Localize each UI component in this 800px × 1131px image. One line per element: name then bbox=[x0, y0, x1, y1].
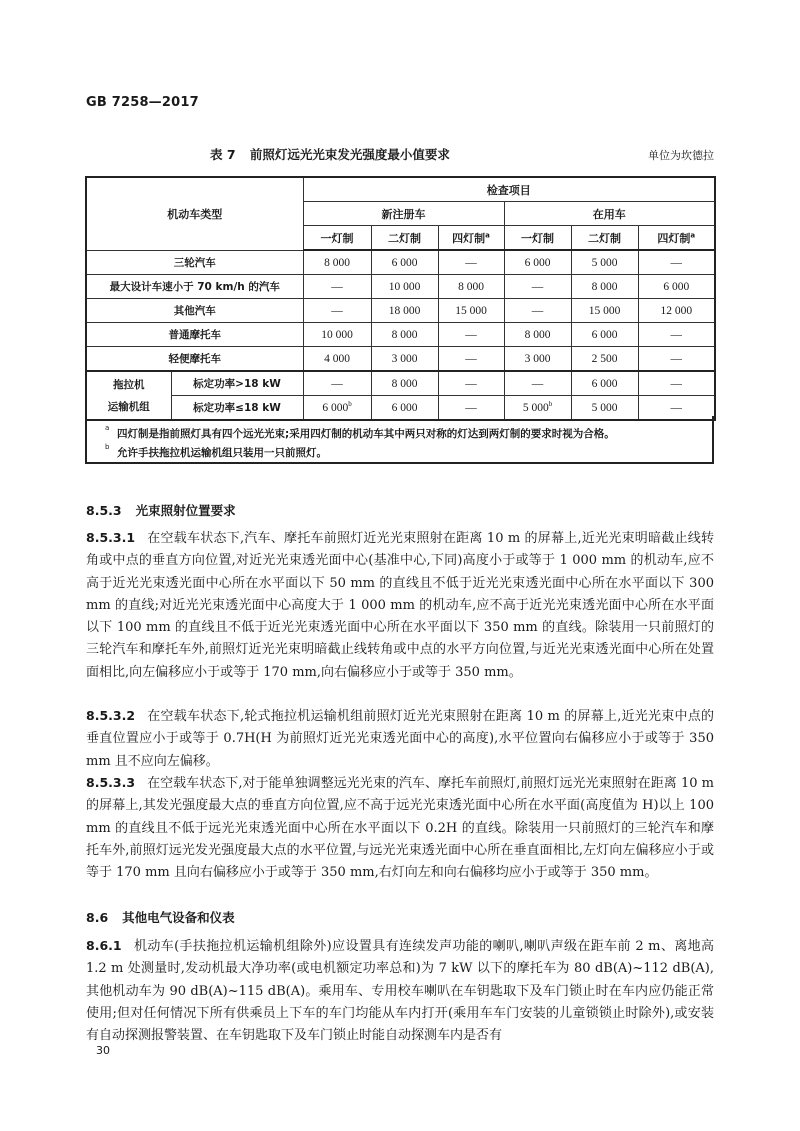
light-intensity-table: 机动车类型 检查项目 新注册车 在用车 一灯制 二灯制 四灯制a 一灯制 二灯制… bbox=[85, 176, 716, 421]
table-number: 表 7 bbox=[210, 147, 236, 162]
table-row: 普通摩托车 10 000 8 000 — 8 000 6 000 — bbox=[86, 323, 715, 347]
table-row: 拖拉机 运输机组 标定功率>18 kW — 8 000 — — 6 000 — bbox=[86, 371, 715, 396]
clause-8-5-3-1: 8.5.3.1在空载车状态下,汽车、摩托车前照灯近光光束照射在距离 10 m 的… bbox=[86, 527, 714, 684]
header-new-registration: 新注册车 bbox=[303, 202, 504, 226]
table-row: 三轮汽车 8 000 6 000 — 6 000 5 000 — bbox=[86, 250, 715, 275]
table-row: 最大设计车速小于 70 km/h 的汽车 — 10 000 8 000 — 8 … bbox=[86, 275, 715, 299]
clause-8-6-1: 8.6.1机动车(手扶拖拉机运输机组除外)应设置具有连续发声功能的喇叭,喇叭声级… bbox=[86, 935, 714, 1047]
table-footnotes: a 四灯制是指前照灯具有四个远光光束;采用四灯制的机动车其中两只对称的灯达到两灯… bbox=[85, 416, 714, 464]
table-title: 表 7 前照灯远光光束发光强度最小值要求 bbox=[210, 145, 590, 163]
section-heading-8-5-3: 8.5.3光束照射位置要求 bbox=[86, 501, 236, 519]
table-unit: 单位为坎德拉 bbox=[648, 147, 714, 163]
footnote-b: b 允许手扶拖拉机运输机组只装用一只前照灯。 bbox=[117, 445, 327, 460]
footnote-a: a 四灯制是指前照灯具有四个远光光束;采用四灯制的机动车其中两只对称的灯达到两灯… bbox=[117, 426, 615, 441]
header-two-lamp: 二灯制 bbox=[571, 226, 638, 251]
header-two-lamp: 二灯制 bbox=[371, 226, 438, 251]
section-heading-8-6: 8.6其他电气设备和仪表 bbox=[86, 908, 235, 926]
header-one-lamp: 一灯制 bbox=[504, 226, 571, 251]
header-four-lamp: 四灯制a bbox=[438, 226, 504, 251]
header-in-use: 在用车 bbox=[504, 202, 715, 226]
table-title-text: 前照灯远光光束发光强度最小值要求 bbox=[250, 147, 450, 162]
tractor-group-label: 拖拉机 运输机组 bbox=[86, 371, 171, 420]
header-inspection: 检查项目 bbox=[303, 177, 715, 202]
header-vehicle-type: 机动车类型 bbox=[86, 177, 303, 250]
clause-8-5-3-2: 8.5.3.2在空载车状态下,轮式拖拉机运输机组前照灯近光光束照射在距离 10 … bbox=[86, 705, 714, 773]
document-id: GB 7258—2017 bbox=[86, 95, 199, 110]
header-four-lamp: 四灯制a bbox=[638, 226, 715, 251]
page-number: 30 bbox=[96, 1044, 110, 1057]
clause-8-5-3-3: 8.5.3.3在空载车状态下,对于能单独调整远光光束的汽车、摩托车前照灯,前照灯… bbox=[86, 772, 714, 884]
table-row: 其他汽车 — 18 000 15 000 — 15 000 12 000 bbox=[86, 299, 715, 323]
table-row: 轻便摩托车 4 000 3 000 — 3 000 2 500 — bbox=[86, 347, 715, 372]
header-one-lamp: 一灯制 bbox=[303, 226, 371, 251]
